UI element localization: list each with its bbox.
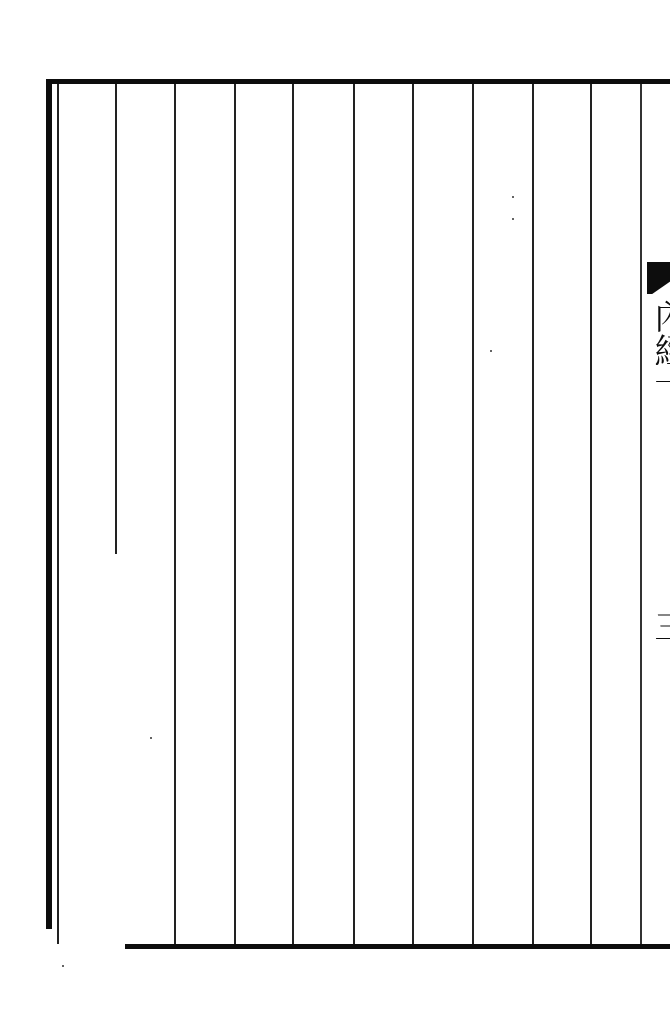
column-rule <box>412 84 414 944</box>
fold-title: 內經十 <box>650 299 670 401</box>
column-rule <box>532 84 534 944</box>
column-rule <box>115 84 117 554</box>
column-rule <box>353 84 355 944</box>
left-outer-border <box>46 79 52 929</box>
top-border <box>48 79 670 84</box>
ink-speck <box>62 965 64 967</box>
left-inner-border <box>57 84 59 944</box>
book-page: 內經十 三 <box>0 0 670 1022</box>
fold-rule <box>640 84 642 944</box>
center-fold-column: 內經十 三 <box>640 84 670 944</box>
ink-speck <box>150 737 152 739</box>
ink-speck <box>490 350 492 352</box>
column-rule <box>174 84 176 944</box>
fish-tail-ornament <box>647 262 670 294</box>
ink-speck <box>512 196 514 198</box>
column-rule <box>292 84 294 944</box>
fold-page-number: 三 <box>650 609 670 643</box>
column-rule <box>234 84 236 944</box>
bottom-border <box>125 944 670 949</box>
column-rule <box>590 84 592 944</box>
ink-speck <box>512 218 514 220</box>
column-rule <box>472 84 474 944</box>
